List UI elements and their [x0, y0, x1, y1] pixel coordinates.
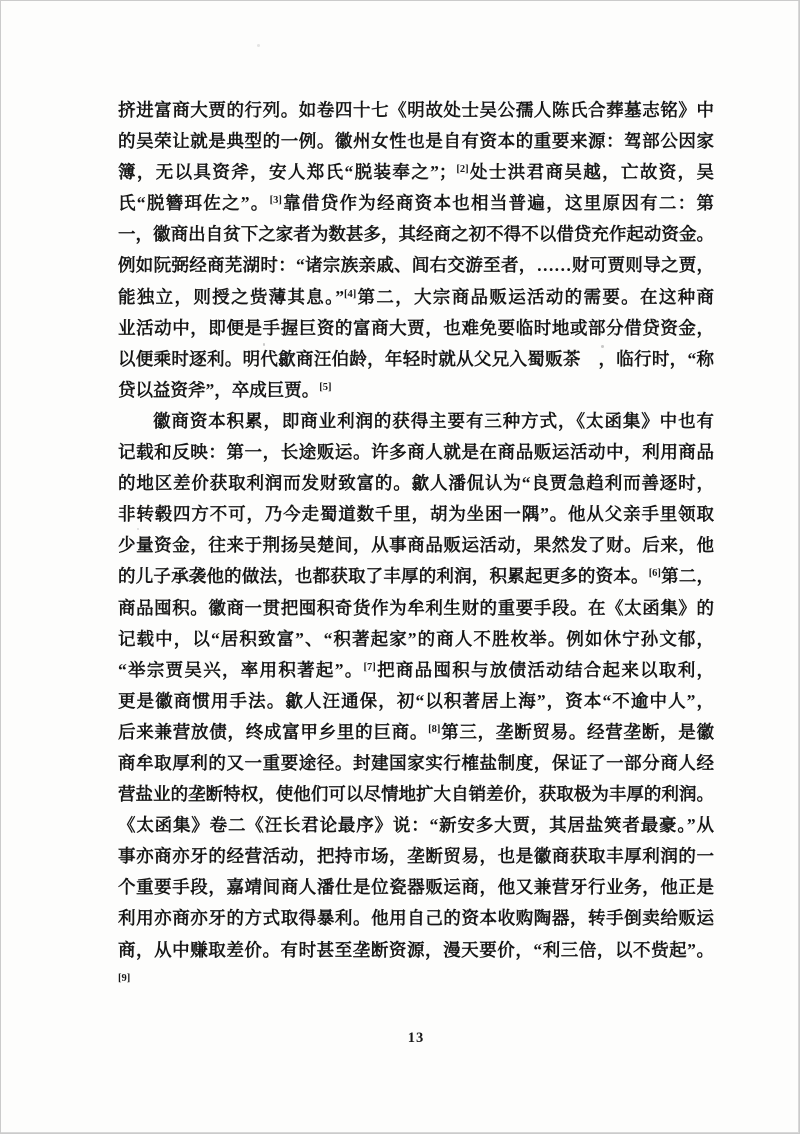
text-line: 业活动中，即便是手握巨资的富商大贾，也难免要临时地或部分借贷资金，: [118, 313, 714, 344]
text-line: 能独立，则授之赀薄其息。”[4]第二，大宗商品贩运活动的需要。在这种商: [118, 282, 714, 313]
text-segment: 贷以益资斧”，卒成巨贾。: [118, 380, 319, 400]
text-line: 商，从中赚取差价。有时甚至垄断资源，漫天要价，“利三倍，以不赀起”。: [118, 935, 714, 966]
text-line: 记载中，以“居积致富”、“积著起家”的商人不胜枚举。例如休宁孙文郁，: [118, 624, 714, 655]
text-segment: 以便乘时逐利。明代歙商汪伯龄，年轻时就从父兄入蜀贩茶 ，临行时，“称: [118, 349, 714, 369]
scan-speck: [263, 343, 265, 346]
text-line: 商牟取厚利的又一重要途径。封建国家实行榷盐制度，保证了一部分商人经: [118, 748, 714, 779]
text-line: 少量资金，往来于荆扬吴楚间，从事商品贩运活动，果然发了财。后来，他: [118, 530, 714, 561]
document-text: 挤进富商大贾的行列。如卷四十七《明故处士吴公孺人陈氏合葬墓志铭》中的吴荣让就是典…: [118, 95, 714, 997]
text-segment: 利用亦商亦牙的方式取得暴利。他用自己的资本收购陶器，转手倒卖给贩运: [118, 908, 714, 928]
text-segment: 把商品囤积与放债活动结合起来以取利，: [376, 660, 714, 680]
text-segment: 一，徽商出自贫下之家者为数甚多，其经商之初不得不以借贷充作起动资金。: [118, 224, 714, 244]
text-segment: 挤进富商大贾的行列。如卷四十七《明故处士吴公孺人陈氏合葬墓志铭》中: [118, 100, 714, 120]
text-segment: 氏“脱簪珥佐之”。: [118, 193, 270, 213]
text-segment: 事亦商亦牙的经营活动，把持市场，垄断贸易，也是徽商获取丰厚利润的一: [118, 846, 714, 866]
text-segment: 第二，: [661, 566, 714, 586]
scan-speck: [601, 345, 604, 348]
text-line: 以便乘时逐利。明代歙商汪伯龄，年轻时就从父兄入蜀贩茶 ，临行时，“称: [118, 344, 714, 375]
text-segment: 簿，无以具资斧，安人郑氏“脱装奉之”；: [118, 162, 456, 182]
text-segment: 记载中，以“居积致富”、“积著起家”的商人不胜枚举。例如休宁孙文郁，: [118, 629, 714, 649]
text-segment: 处士洪君商吴越，亡故资，吴: [469, 162, 714, 182]
text-segment: 的儿子承袭他的做法，也都获取了丰厚的利润，积累起更多的资本。: [118, 566, 649, 586]
footnote-reference: [3]: [270, 195, 282, 206]
text-line: 簿，无以具资斧，安人郑氏“脱装奉之”；[2]处士洪君商吴越，亡故资，吴: [118, 157, 714, 188]
text-segment: 商品囤积。徽商一贯把囤积奇货作为牟利生财的重要手段。在《太函集》的: [118, 598, 714, 618]
paragraph-1: 挤进富商大贾的行列。如卷四十七《明故处士吴公孺人陈氏合葬墓志铭》中的吴荣让就是典…: [118, 95, 714, 406]
text-line: 个重要手段，嘉靖间商人潘仕是位瓷器贩运商，他又兼营牙行业务，他正是: [118, 872, 714, 903]
footnote-reference: [8]: [428, 724, 440, 735]
footnote-reference: [2]: [456, 164, 468, 175]
text-segment: 后来兼营放债，终成富甲乡里的巨商。: [118, 722, 428, 742]
text-segment: 例如阮弼经商芜湖时：“诸宗族亲戚、闾右交游至者，……财可贾则导之贾，: [118, 255, 714, 275]
text-segment: 靠借贷作为经商资本也相当普遍，这里原因有二：第: [282, 193, 714, 213]
text-line: 《太函集》卷二《汪长君论最序》说：“新安多大贾，其居盐筴者最豪。”从: [118, 810, 714, 841]
footnote-reference: [4]: [344, 289, 356, 300]
text-segment: 徽商资本积累，即商业利润的获得主要有三种方式，《太函集》中也有: [153, 411, 714, 431]
text-segment: 营盐业的垄断特权，使他们可以尽情地扩大自销差价，获取极为丰厚的利润。: [118, 784, 714, 804]
text-line: 氏“脱簪珥佐之”。[3]靠借贷作为经商资本也相当普遍，这里原因有二：第: [118, 188, 714, 219]
text-line: 更是徽商惯用手法。歙人汪通保，初“以积著居上海”，资本“不逾中人”，: [118, 686, 714, 717]
text-line: [9]: [118, 966, 714, 997]
text-line: 的吴荣让就是典型的一例。徽州女性也是自有资本的重要来源：驾部公因家: [118, 126, 714, 157]
text-line: 徽商资本积累，即商业利润的获得主要有三种方式，《太函集》中也有: [118, 406, 714, 437]
text-segment: 第二，大宗商品贩运活动的需要。在这种商: [356, 287, 714, 307]
text-segment: 《太函集》卷二《汪长君论最序》说：“新安多大贾，其居盐筴者最豪。”从: [118, 815, 714, 835]
text-line: 的地区差价获取利润而发财致富的。歙人潘侃认为“良贾急趋利而善逐时，: [118, 468, 714, 499]
text-line: 后来兼营放债，终成富甲乡里的巨商。[8]第三，垄断贸易。经营垄断，是徽: [118, 717, 714, 748]
footnote-reference: [6]: [649, 568, 661, 579]
text-segment: 个重要手段，嘉靖间商人潘仕是位瓷器贩运商，他又兼营牙行业务，他正是: [118, 877, 714, 897]
text-segment: 的吴荣让就是典型的一例。徽州女性也是自有资本的重要来源：驾部公因家: [118, 131, 714, 151]
text-line: 挤进富商大贾的行列。如卷四十七《明故处士吴公孺人陈氏合葬墓志铭》中: [118, 95, 714, 126]
scan-speck: [257, 44, 260, 47]
text-line: 贷以益资斧”，卒成巨贾。[5]: [118, 375, 714, 406]
text-segment: 能独立，则授之赀薄其息。”: [118, 287, 344, 307]
footnote-reference: [5]: [319, 382, 331, 393]
text-segment: 业活动中，即便是手握巨资的富商大贾，也难免要临时地或部分借贷资金，: [118, 318, 714, 338]
text-line: 非转毂四方不可，乃今走蜀道数千里，胡为坐困一隅”。他从父亲手里领取: [118, 499, 714, 530]
text-segment: 的地区差价获取利润而发财致富的。歙人潘侃认为“良贾急趋利而善逐时，: [118, 473, 714, 493]
text-line: 的儿子承袭他的做法，也都获取了丰厚的利润，积累起更多的资本。[6]第二，: [118, 561, 714, 592]
text-segment: 少量资金，往来于荆扬吴楚间，从事商品贩运活动，果然发了财。后来，他: [118, 535, 714, 555]
footnote-reference: [9]: [118, 973, 130, 984]
text-line: 事亦商亦牙的经营活动，把持市场，垄断贸易，也是徽商获取丰厚利润的一: [118, 841, 714, 872]
text-line: 一，徽商出自贫下之家者为数甚多，其经商之初不得不以借贷充作起动资金。: [118, 219, 714, 250]
text-segment: “举宗贾吴兴，率用积著起”。: [118, 660, 364, 680]
text-segment: 记载和反映：第一，长途贩运。许多商人就是在商品贩运活动中，利用商品: [118, 442, 714, 462]
scan-speck: [137, 528, 139, 530]
text-segment: 商牟取厚利的又一重要途径。封建国家实行榷盐制度，保证了一部分商人经: [118, 753, 714, 773]
text-line: 记载和反映：第一，长途贩运。许多商人就是在商品贩运活动中，利用商品: [118, 437, 714, 468]
paragraph-2: 徽商资本积累，即商业利润的获得主要有三种方式，《太函集》中也有记载和反映：第一，…: [118, 406, 714, 997]
text-segment: 第三，垄断贸易。经营垄断，是徽: [440, 722, 714, 742]
page-number: 13: [118, 1030, 714, 1047]
text-line: 利用亦商亦牙的方式取得暴利。他用自己的资本收购陶器，转手倒卖给贩运: [118, 903, 714, 934]
text-segment: 更是徽商惯用手法。歙人汪通保，初“以积著居上海”，资本“不逾中人”，: [118, 691, 714, 711]
text-line: 营盐业的垄断特权，使他们可以尽情地扩大自销差价，获取极为丰厚的利润。: [118, 779, 714, 810]
text-line: 商品囤积。徽商一贯把囤积奇货作为牟利生财的重要手段。在《太函集》的: [118, 593, 714, 624]
text-line: “举宗贾吴兴，率用积著起”。[7]把商品囤积与放债活动结合起来以取利，: [118, 655, 714, 686]
text-segment: 非转毂四方不可，乃今走蜀道数千里，胡为坐困一隅”。他从父亲手里领取: [118, 504, 714, 524]
footnote-reference: [7]: [364, 662, 376, 673]
text-segment: 商，从中赚取差价。有时甚至垄断资源，漫天要价，“利三倍，以不赀起”。: [118, 940, 714, 960]
text-line: 例如阮弼经商芜湖时：“诸宗族亲戚、闾右交游至者，……财可贾则导之贾，: [118, 250, 714, 281]
